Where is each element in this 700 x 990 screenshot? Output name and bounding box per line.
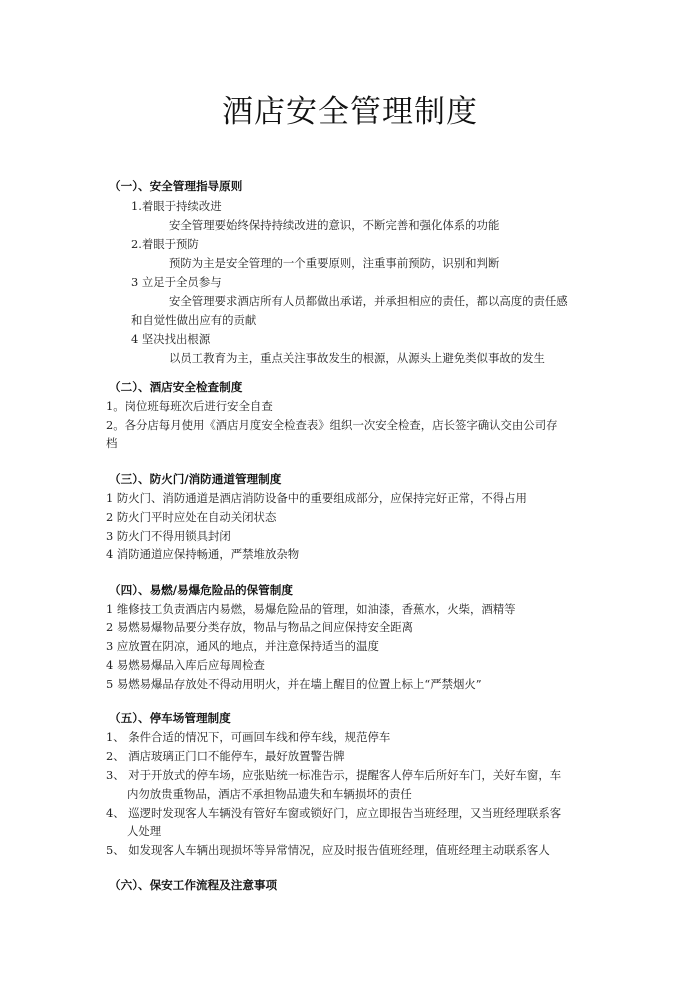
section-3-line-4: 4 消防通道应保持畅通，严禁堆放杂物	[106, 547, 299, 561]
section-4-line-4: 4 易燃易爆品入库后应每周检查	[106, 658, 265, 672]
section-3-line-1: 1 防火门、消防通道是酒店消防设备中的重要组成部分，应保持完好正常，不得占用	[106, 491, 527, 505]
section-1-line-5: 3 立足于全员参与	[131, 275, 222, 289]
section-2-line-2: 2。各分店每月使用《酒店月度安全检查表》组织一次安全检查，店长签字确认交由公司存	[106, 418, 557, 432]
section-1-line-3: 2.着眼于预防	[131, 237, 199, 251]
section-4-line-1: 1 维修技工负责酒店内易燃，易爆危险品的管理，如油漆，香蕉水，火柴，酒精等	[106, 602, 516, 616]
section-5-line-6: 人处理	[127, 824, 161, 838]
section-4-line-5: 5 易燃易爆品存放处不得动用明火，并在墙上醒目的位置上标上“严禁烟火”	[106, 677, 482, 691]
section-1-line-9: 以员工教育为主，重点关注事故发生的根源，从源头上避免类似事故的发生	[169, 351, 545, 365]
section-3-line-3: 3 防火门不得用锁具封闭	[106, 529, 231, 543]
section-3-line-2: 2 防火门平时应处在自动关闭状态	[106, 510, 276, 524]
section-5-line-4: 内勿放贵重物品，酒店不承担物品遗失和车辆损坏的责任	[127, 787, 412, 801]
section-1-line-2: 安全管理要始终保持持续改进的意识，不断完善和强化体系的功能	[169, 218, 499, 232]
section-5-line-3: 3、 对于开放式的停车场，应张贴统一标准告示，提醒客人停车后所好车门，关好车窗，…	[106, 768, 561, 782]
section-5-line-1: 1、 条件合适的情况下，可画回车线和停车线，规范停车	[106, 730, 390, 744]
section-2-line-1: 1。岗位班每班次后进行安全自查	[106, 399, 273, 413]
section-heading-1: （一）、安全管理指导原则	[109, 179, 242, 193]
section-5-line-2: 2、 酒店玻璃正门口不能停车，最好放置警告牌	[106, 749, 345, 763]
section-5-line-5: 4、 巡逻时发现客人车辆没有管好车窗或锁好门，应立即报告当班经理，又当班经理联系…	[106, 806, 561, 820]
section-heading-4: （四）、易燃/易爆危险品的保管制度	[109, 583, 293, 597]
section-1-line-1: 1.着眼于持续改进	[131, 199, 222, 213]
section-heading-2: （二）、酒店安全检查制度	[109, 380, 242, 394]
section-heading-5: （五）、停车场管理制度	[109, 711, 231, 725]
section-heading-3: （三）、防火门/消防通道管理制度	[109, 472, 281, 486]
document-title: 酒店安全管理制度	[0, 92, 700, 132]
section-1-line-7: 和自觉性做出应有的贡献	[131, 313, 256, 327]
section-4-line-2: 2 易燃易爆物品要分类存放，物品与物品之间应保持安全距离	[106, 620, 413, 634]
section-heading-6: （六）、保安工作流程及注意事项	[109, 878, 277, 892]
section-1-line-8: 4 坚决找出根源	[131, 332, 210, 346]
section-4-line-3: 3 应放置在阴凉，通风的地点，并注意保持适当的温度	[106, 639, 379, 653]
section-1-line-4: 预防为主是安全管理的一个重要原则，注重事前预防，识别和判断	[169, 256, 499, 270]
section-1-line-6: 安全管理要求酒店所有人员都做出承诺，并承担相应的责任，都以高度的责任感	[169, 294, 568, 308]
document-page: 酒店安全管理制度 （一）、安全管理指导原则 1.着眼于持续改进 安全管理要始终保…	[0, 0, 700, 990]
section-2-line-3: 档	[106, 436, 117, 450]
section-5-line-7: 5、 如发现客人车辆出现损坏等异常情况，应及时报告值班经理，值班经理主动联系客人	[106, 843, 550, 857]
